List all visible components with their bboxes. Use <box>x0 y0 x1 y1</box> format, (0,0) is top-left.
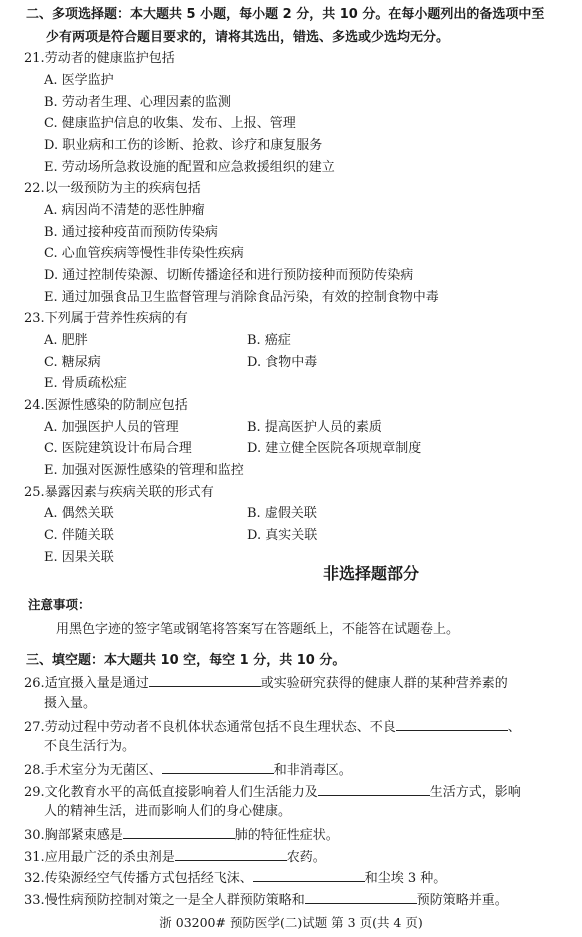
question-29: 29.文化教育水平的高低直接影响着人们生活能力及生活方式，影响 <box>24 782 521 802</box>
option-24-a: A. 加强医护人员的管理 <box>44 419 179 437</box>
answer-blank[interactable] <box>175 847 287 861</box>
question-text: 适宜摄入量是通过 <box>45 676 149 691</box>
answer-blank[interactable] <box>162 760 274 774</box>
option-21-a: A. 医学监护 <box>44 72 114 90</box>
question-number: 30. <box>24 828 45 843</box>
question-23: 23.下列属于营养性疾病的有 <box>24 310 188 328</box>
option-22-d: D. 通过控制传染源、切断传播途径和进行预防接种而预防传染病 <box>44 267 413 285</box>
notice-label: 注意事项： <box>28 596 91 614</box>
question-text: 胸部紧束感是 <box>45 828 123 843</box>
question-number: 33. <box>24 893 45 908</box>
question-number: 24. <box>24 398 45 413</box>
option-23-a: A. 肥胖 <box>44 332 88 350</box>
option-23-e: E. 骨质疏松症 <box>44 375 127 393</box>
option-24-c: C. 医院建筑设计布局合理 <box>44 440 192 458</box>
option-23-d: D. 食物中毒 <box>247 354 317 372</box>
option-25-a: A. 偶然关联 <box>44 505 114 523</box>
question-stem: 劳动者的健康监护包括 <box>45 51 175 66</box>
option-22-e: E. 通过加强食品卫生监督管理与消除食品污染，有效的控制食物中毒 <box>44 289 439 307</box>
option-22-a: A. 病因尚不清楚的恶性肿瘤 <box>44 202 205 220</box>
question-text: 农药。 <box>287 850 326 865</box>
exam-page: 二、多项选择题：本大题共 5 小题，每小题 2 分，共 10 分。在每小题列出的… <box>0 0 582 937</box>
option-22-b: B. 通过接种疫苗而预防传染病 <box>44 224 218 242</box>
option-25-d: D. 真实关联 <box>247 527 317 545</box>
question-stem: 下列属于营养性疾病的有 <box>45 311 188 326</box>
question-text: 传染源经空气传播方式包括经飞沫、 <box>45 871 253 886</box>
question-27: 27.劳动过程中劳动者不良机体状态通常包括不良生理状态、不良、 <box>24 717 521 737</box>
question-text: 肺的特征性症状。 <box>235 828 339 843</box>
question-28: 28.手术室分为无菌区、和非消毒区。 <box>24 760 352 780</box>
section2-header-line2: 少有两项是符合题目要求的，请将其选出，错选、多选或少选均无分。 <box>46 29 449 47</box>
question-text: 预防策略并重。 <box>417 893 508 908</box>
question-22: 22.以一级预防为主的疾病包括 <box>24 180 201 198</box>
answer-blank[interactable] <box>123 825 235 839</box>
question-text: 生活方式，影响 <box>430 785 521 800</box>
question-number: 28. <box>24 763 45 778</box>
question-26: 26.适宜摄入量是通过或实验研究获得的健康人群的某种营养素的 <box>24 673 508 693</box>
question-text: 文化教育水平的高低直接影响着人们生活能力及 <box>45 785 318 800</box>
question-number: 25. <box>24 485 45 500</box>
question-stem: 以一级预防为主的疾病包括 <box>45 181 201 196</box>
question-30: 30.胸部紧束感是肺的特征性症状。 <box>24 825 339 845</box>
question-29-cont: 人的精神生活，进而影响人们的身心健康。 <box>44 803 291 821</box>
option-21-c: C. 健康监护信息的收集、发布、上报、管理 <box>44 115 296 133</box>
answer-blank[interactable] <box>149 673 261 687</box>
question-text: 和尘埃 3 种。 <box>365 871 447 886</box>
question-text: 或实验研究获得的健康人群的某种营养素的 <box>261 676 508 691</box>
option-24-d: D. 建立健全医院各项规章制度 <box>247 440 421 458</box>
answer-blank[interactable] <box>253 868 365 882</box>
question-26-cont: 摄入量。 <box>44 695 96 713</box>
question-number: 26. <box>24 676 45 691</box>
question-stem: 医源性感染的防制应包括 <box>45 398 188 413</box>
question-text: 、 <box>508 720 521 735</box>
question-27-cont: 不良生活行为。 <box>44 738 135 756</box>
notice-text: 用黑色字迹的签字笔或钢笔将答案写在答题纸上，不能答在试题卷上。 <box>56 621 459 639</box>
question-21: 21.劳动者的健康监护包括 <box>24 50 175 68</box>
answer-blank[interactable] <box>396 717 508 731</box>
question-32: 32.传染源经空气传播方式包括经飞沫、和尘埃 3 种。 <box>24 868 446 888</box>
page-footer: 浙 03200# 预防医学(二)试题 第 3 页(共 4 页) <box>0 914 582 932</box>
option-21-d: D. 职业病和工伤的诊断、抢救、诊疗和康复服务 <box>44 137 322 155</box>
option-24-b: B. 提高医护人员的素质 <box>247 419 382 437</box>
question-stem: 暴露因素与疾病关联的形式有 <box>45 485 214 500</box>
question-number: 29. <box>24 785 45 800</box>
question-text: 慢性病预防控制对策之一是全人群预防策略和 <box>45 893 305 908</box>
question-24: 24.医源性感染的防制应包括 <box>24 397 188 415</box>
question-number: 23. <box>24 311 45 326</box>
section3-header: 三、填空题：本大题共 10 空，每空 1 分，共 10 分。 <box>26 652 345 670</box>
question-text: 和非消毒区。 <box>274 763 352 778</box>
nonchoice-title: 非选择题部分 <box>80 565 582 583</box>
section2-header-line1: 二、多项选择题：本大题共 5 小题，每小题 2 分，共 10 分。在每小题列出的… <box>26 6 544 24</box>
question-number: 31. <box>24 850 45 865</box>
option-25-c: C. 伴随关联 <box>44 527 114 545</box>
question-number: 32. <box>24 871 45 886</box>
option-23-c: C. 糖尿病 <box>44 354 101 372</box>
question-25: 25.暴露因素与疾病关联的形式有 <box>24 484 214 502</box>
option-21-e: E. 劳动场所急救设施的配置和应急救援组织的建立 <box>44 159 335 177</box>
question-text: 应用最广泛的杀虫剂是 <box>45 850 175 865</box>
option-22-c: C. 心血管疾病等慢性非传染性疾病 <box>44 245 244 263</box>
option-23-b: B. 癌症 <box>247 332 291 350</box>
question-33: 33.慢性病预防控制对策之一是全人群预防策略和预防策略并重。 <box>24 890 508 910</box>
answer-blank[interactable] <box>305 890 417 904</box>
option-24-e: E. 加强对医源性感染的管理和监控 <box>44 462 244 480</box>
question-31: 31.应用最广泛的杀虫剂是农药。 <box>24 847 326 867</box>
question-number: 21. <box>24 51 45 66</box>
option-21-b: B. 劳动者生理、心理因素的监测 <box>44 94 231 112</box>
option-25-b: B. 虚假关联 <box>247 505 317 523</box>
question-number: 27. <box>24 720 45 735</box>
question-number: 22. <box>24 181 45 196</box>
question-text: 手术室分为无菌区、 <box>45 763 162 778</box>
question-text: 劳动过程中劳动者不良机体状态通常包括不良生理状态、不良 <box>45 720 396 735</box>
answer-blank[interactable] <box>318 782 430 796</box>
